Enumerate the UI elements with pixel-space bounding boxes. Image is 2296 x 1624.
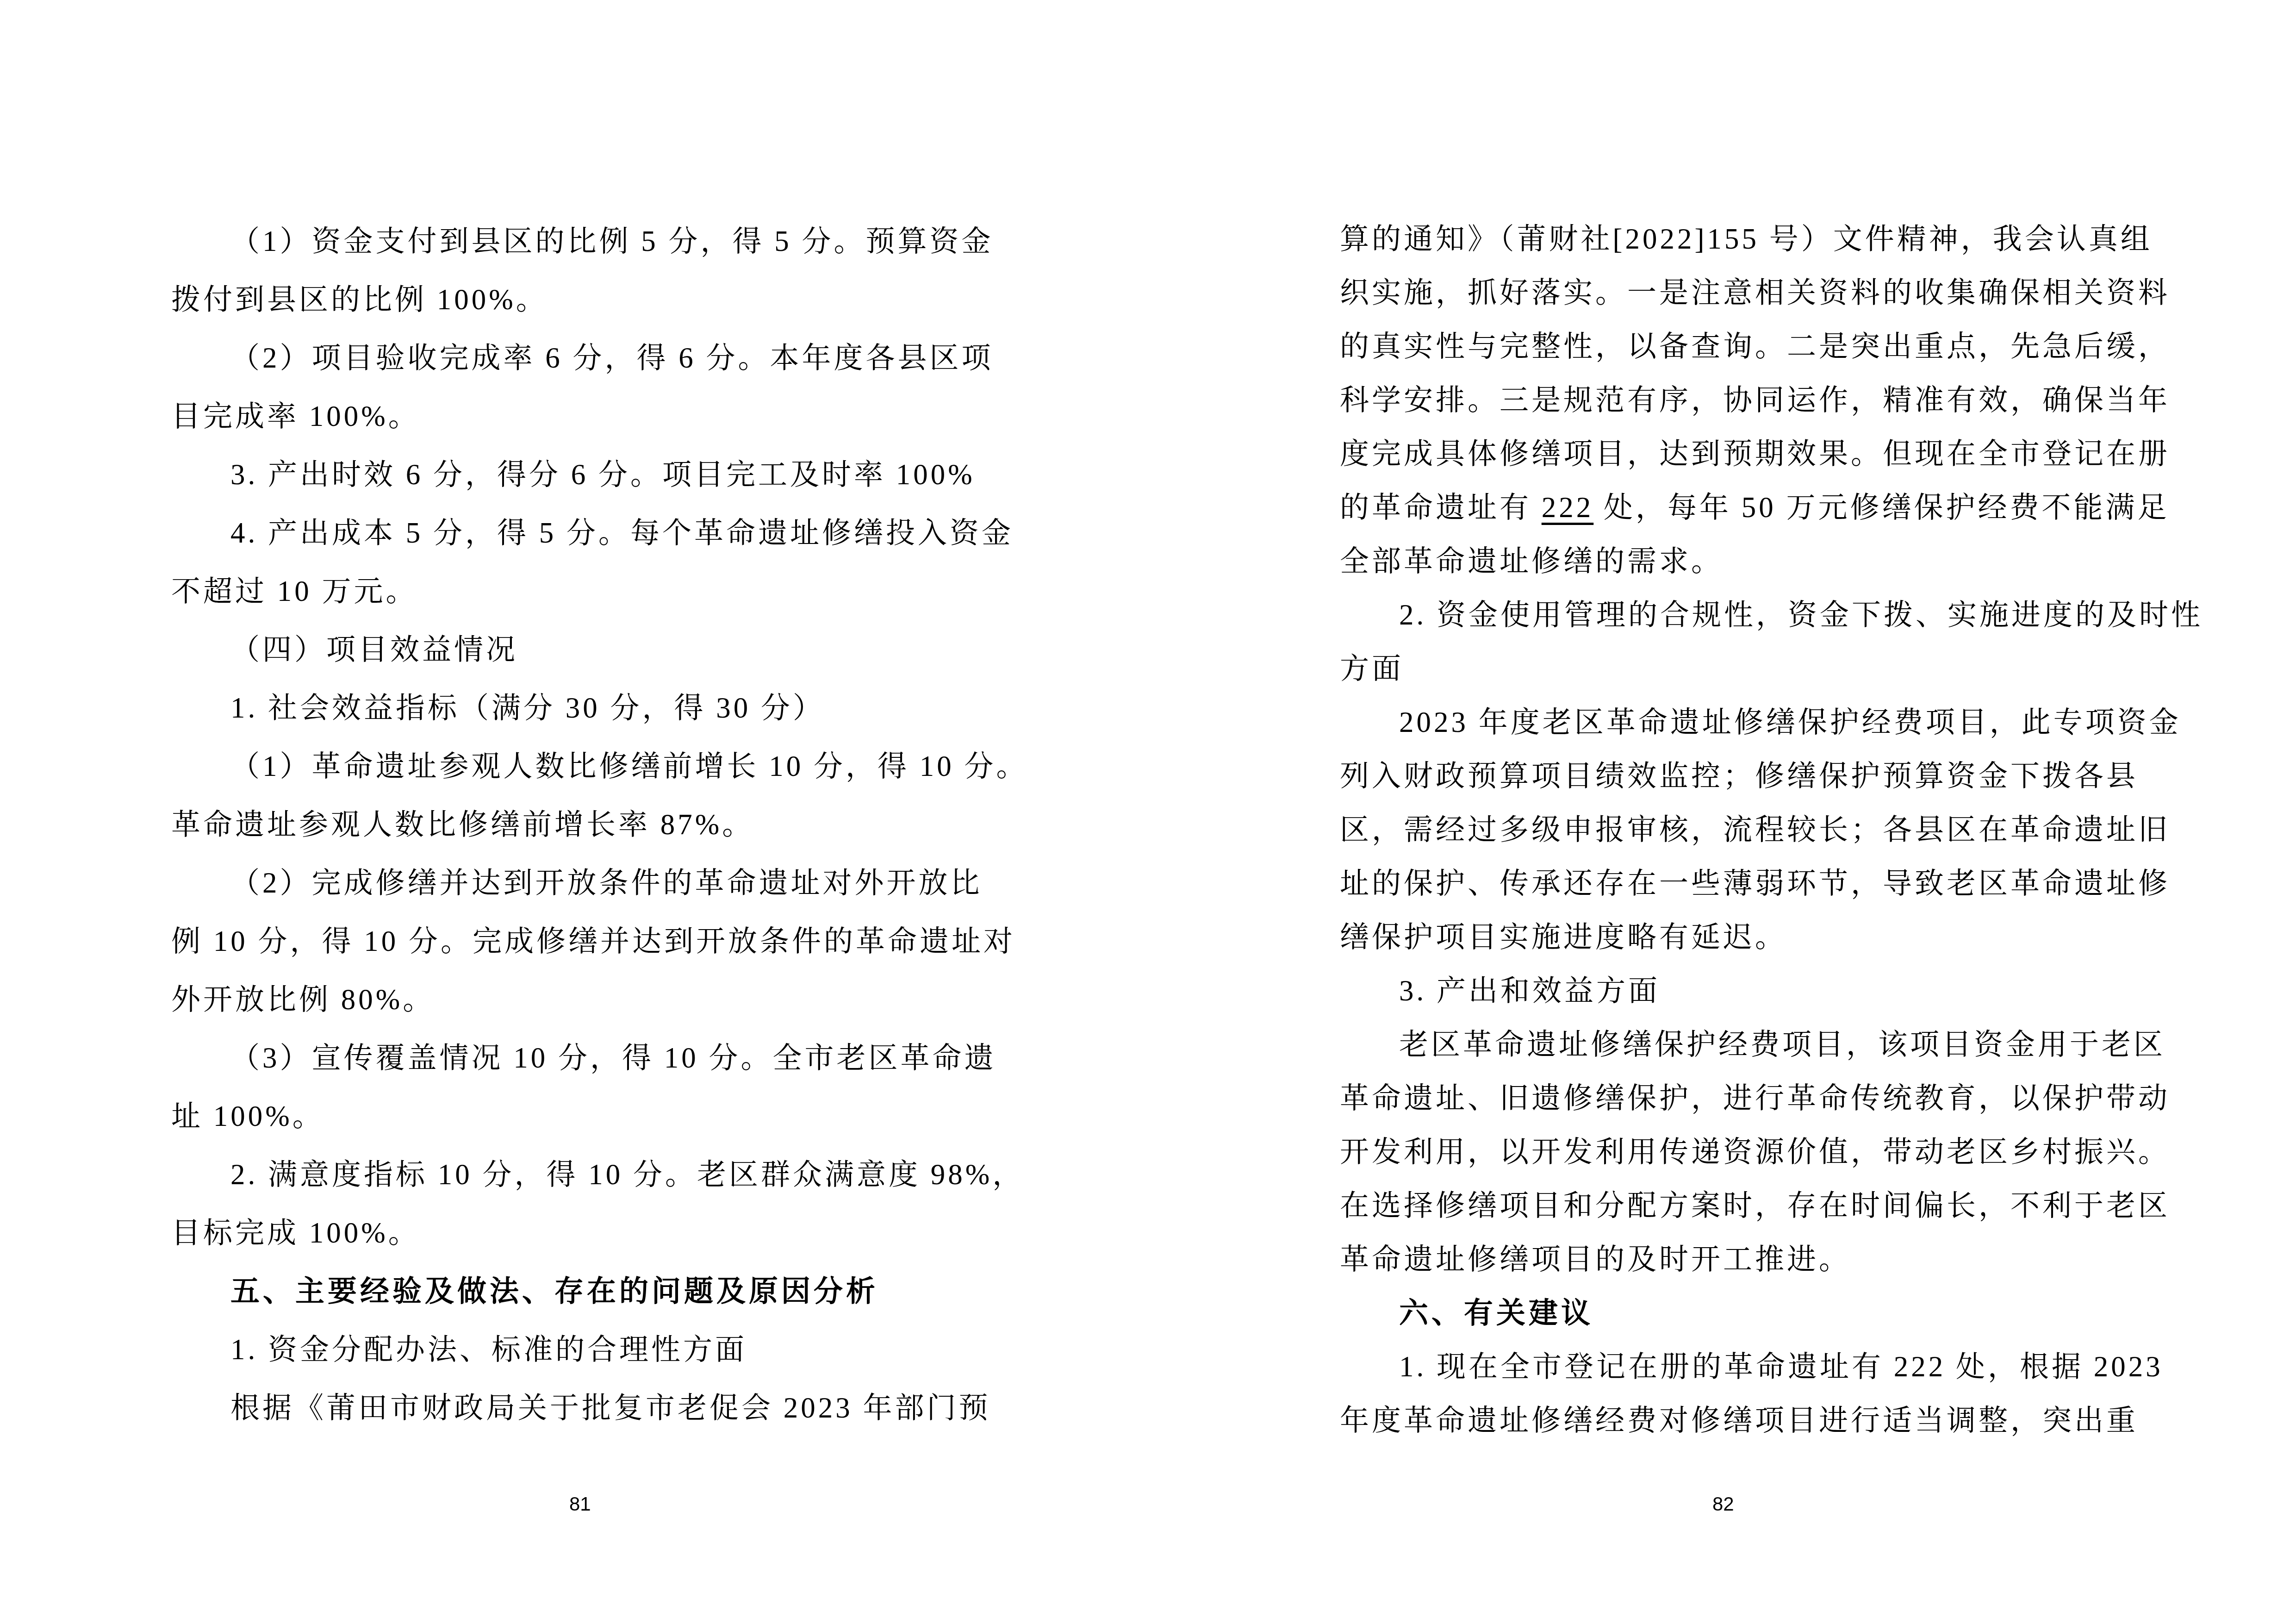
page-number-left: 81	[569, 1494, 591, 1514]
text-line: 在选择修缮项目和分配方案时，存在时间偏长，不利于老区	[1340, 1179, 2164, 1232]
text-line: 区，需经过多级申报审核，流程较长；各县区在革命遗址旧	[1340, 803, 2164, 856]
text-line: （2）项目验收完成率 6 分，得 6 分。本年度各县区项	[171, 329, 1009, 387]
text-line: 列入财政预算项目绩效监控；修缮保护预算资金下拨各县	[1340, 749, 2164, 803]
text-line: （1）资金支付到县区的比例 5 分，得 5 分。预算资金	[171, 212, 1009, 270]
text-line: 全部革命遗址修缮的需求。	[1340, 534, 2164, 588]
text-line: 年度革命遗址修缮经费对修缮项目进行适当调整，突出重	[1340, 1393, 2164, 1447]
text-line: 科学安排。三是规范有序，协同运作，精准有效，确保当年	[1340, 373, 2164, 427]
text-line: 不超过 10 万元。	[171, 562, 1009, 620]
text-line: 根据《莆田市财政局关于批复市老促会 2023 年部门预	[171, 1379, 1009, 1437]
text-line: 织实施，抓好落实。一是注意相关资料的收集确保相关资料	[1340, 266, 2164, 319]
text-line: 2023 年度老区革命遗址修缮保护经费项目，此专项资金	[1340, 695, 2164, 749]
text-line: 1. 现在全市登记在册的革命遗址有 222 处，根据 2023	[1340, 1340, 2164, 1393]
text-line: 方面	[1340, 642, 2164, 695]
underlined-text: 222	[1542, 491, 1594, 524]
text-segment: 的革命遗址有	[1340, 491, 1542, 524]
text-segment: 处，每年 50 万元修缮保护经费不能满足	[1593, 491, 2169, 524]
text-line: 算的通知》（莆财社[2022]155 号）文件精神，我会认真组	[1340, 212, 2164, 266]
text-line: （四）项目效益情况	[171, 620, 1009, 679]
text-line: 的革命遗址有 222 处，每年 50 万元修缮保护经费不能满足	[1340, 481, 2164, 534]
text-line: （3）宣传覆盖情况 10 分，得 10 分。全市老区革命遗	[171, 1029, 1009, 1087]
text-line: 革命遗址、旧遗修缮保护，进行革命传统教育，以保护带动	[1340, 1071, 2164, 1125]
text-line: （1）革命遗址参观人数比修缮前增长 10 分，得 10 分。	[171, 737, 1009, 795]
text-line: 例 10 分，得 10 分。完成修缮并达到开放条件的革命遗址对	[171, 912, 1009, 970]
text-line: 3. 产出和效益方面	[1340, 964, 2164, 1018]
text-line: 2. 资金使用管理的合规性，资金下拨、实施进度的及时性	[1340, 588, 2164, 642]
text-line: 的真实性与完整性，以备查询。二是突出重点，先急后缓，	[1340, 319, 2164, 373]
page-left-text-block: （1）资金支付到县区的比例 5 分，得 5 分。预算资金拨付到县区的比例 100…	[171, 212, 1009, 1437]
text-line: 1. 社会效益指标（满分 30 分，得 30 分）	[171, 679, 1009, 737]
text-line: （2）完成修缮并达到开放条件的革命遗址对外开放比	[171, 854, 1009, 912]
text-line: 4. 产出成本 5 分，得 5 分。每个革命遗址修缮投入资金	[171, 504, 1009, 562]
text-line: 开发利用，以开发利用传递资源价值，带动老区乡村振兴。	[1340, 1125, 2164, 1179]
text-line: 度完成具体修缮项目，达到预期效果。但现在全市登记在册	[1340, 427, 2164, 481]
text-line: 拨付到县区的比例 100%。	[171, 270, 1009, 329]
text-line: 革命遗址参观人数比修缮前增长率 87%。	[171, 795, 1009, 854]
text-line: 缮保护项目实施进度略有延迟。	[1340, 910, 2164, 964]
page-number-right: 82	[1712, 1494, 1734, 1514]
text-line: 外开放比例 80%。	[171, 970, 1009, 1029]
text-line: 1. 资金分配办法、标准的合理性方面	[171, 1320, 1009, 1379]
page-right-text-block: 算的通知》（莆财社[2022]155 号）文件精神，我会认真组织实施，抓好落实。…	[1340, 212, 2164, 1447]
text-line: 目标完成 100%。	[171, 1204, 1009, 1262]
text-line: 3. 产出时效 6 分，得分 6 分。项目完工及时率 100%	[171, 445, 1009, 504]
document-page-left: （1）资金支付到县区的比例 5 分，得 5 分。预算资金拨付到县区的比例 100…	[171, 212, 1009, 1437]
text-line: 五、主要经验及做法、存在的问题及原因分析	[171, 1262, 1009, 1320]
text-line: 目完成率 100%。	[171, 387, 1009, 445]
text-line: 2. 满意度指标 10 分，得 10 分。老区群众满意度 98%，	[171, 1145, 1009, 1204]
text-line: 址的保护、传承还存在一些薄弱环节，导致老区革命遗址修	[1340, 856, 2164, 910]
text-line: 革命遗址修缮项目的及时开工推进。	[1340, 1232, 2164, 1286]
text-line: 六、有关建议	[1340, 1286, 2164, 1340]
text-line: 老区革命遗址修缮保护经费项目，该项目资金用于老区	[1340, 1018, 2164, 1071]
text-line: 址 100%。	[171, 1087, 1009, 1145]
document-page-right: 算的通知》（莆财社[2022]155 号）文件精神，我会认真组织实施，抓好落实。…	[1340, 212, 2164, 1447]
